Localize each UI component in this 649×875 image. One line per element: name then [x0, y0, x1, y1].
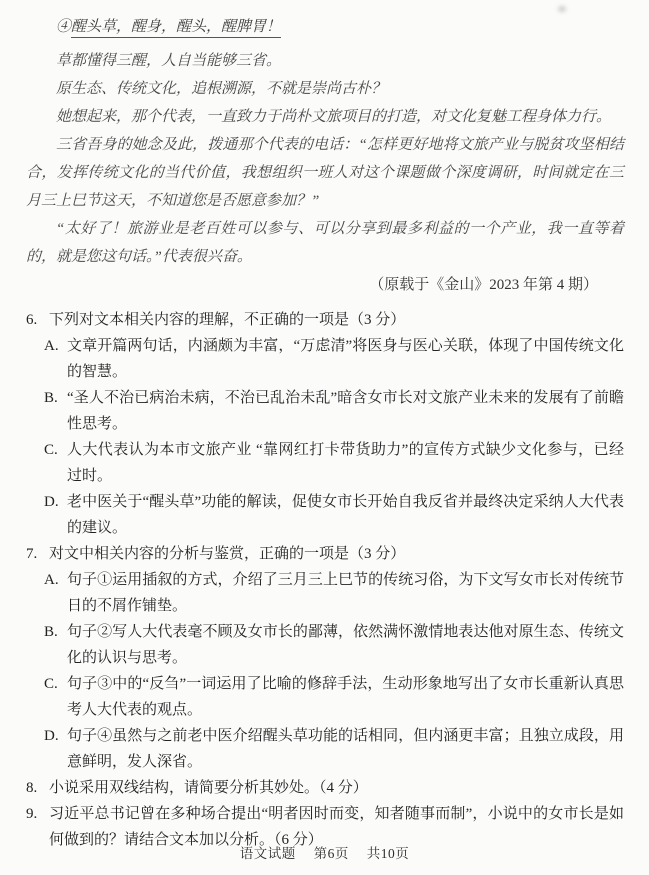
question-8: 8. 小说采用双线结构，请简要分析其妙处。（4 分）	[26, 775, 624, 801]
footer-total-pages: 共10页	[367, 846, 410, 861]
option-text: 人大代表认为本市文旅产业 “靠网红打卡带货助力”的宣传方式缺少文化参与，已经过时…	[67, 437, 624, 489]
story-paragraph: “太好了！旅游业是老百姓可以参与、可以分享到最多利益的一个产业，我一直等着的，就…	[26, 215, 624, 271]
story-highlight-line: ④醒头草，醒身，醒头，醒脾胃！	[26, 13, 624, 41]
option-label: C.	[44, 437, 67, 463]
option-label: D.	[44, 489, 67, 515]
question-number: 6.	[26, 307, 49, 333]
exam-page: ④醒头草，醒身，醒头，醒脾胃！ 草都懂得三醒，人自当能够三省。 原生态、传统文化…	[0, 0, 649, 875]
story-paragraph: 草都懂得三醒，人自当能够三省。	[26, 47, 624, 75]
question-stem: 小说采用双线结构，请简要分析其妙处。（4 分）	[49, 775, 624, 801]
option-label: B.	[44, 619, 67, 645]
option-label: A.	[44, 567, 67, 593]
option-text: 文章开篇两句话，内涵颇为丰富，“万虑清”将医身与医心关联，体现了中国传统文化的智…	[67, 333, 624, 385]
story-section: ④醒头草，醒身，醒头，醒脾胃！ 草都懂得三醒，人自当能够三省。 原生态、传统文化…	[26, 13, 624, 299]
option-text: “圣人不治已病治未病，不治已乱治未乱”暗含女市长对文旅产业未来的发展有了前瞻性思…	[67, 385, 624, 437]
question-7-options: A. 句子①运用插叙的方式，介绍了三月三上巳节的传统习俗，为下文写女市长对传统节…	[44, 567, 624, 775]
option-label: C.	[44, 671, 67, 697]
question-6-options: A. 文章开篇两句话，内涵颇为丰富，“万虑清”将医身与医心关联，体现了中国传统文…	[44, 333, 624, 541]
underlined-sentence: 醒头草，醒身，醒头，醒脾胃！	[71, 19, 281, 38]
story-paragraph: 三省吾身的她念及此，拨通那个代表的电话：“怎样更好地将文旅产业与脱贫攻坚相结合，…	[26, 131, 624, 215]
option-text: 句子③中的“反刍”一词运用了比喻的修辞手法，生动形象地写出了女市长重新认真思考人…	[67, 671, 624, 723]
option-label: A.	[44, 333, 67, 359]
questions-section: 6. 下列对文本相关内容的理解，不正确的一项是（3 分） A. 文章开篇两句话，…	[26, 307, 624, 853]
question-number: 7.	[26, 541, 49, 567]
question-6: 6. 下列对文本相关内容的理解，不正确的一项是（3 分）	[26, 307, 624, 333]
question-7: 7. 对文中相关内容的分析与鉴赏，正确的一项是（3 分）	[26, 541, 624, 567]
option-label: B.	[44, 385, 67, 411]
option-label: D.	[44, 723, 67, 749]
question-stem: 对文中相关内容的分析与鉴赏，正确的一项是（3 分）	[49, 541, 624, 567]
option-6a: A. 文章开篇两句话，内涵颇为丰富，“万虑清”将医身与医心关联，体现了中国传统文…	[44, 333, 624, 385]
option-7b: B. 句子②写人大代表毫不顾及女市长的鄙薄，依然满怀激情地表达他对原生态、传统文…	[44, 619, 624, 671]
question-number: 9.	[26, 801, 49, 827]
story-paragraph: 原生态、传统文化，追根溯源，不就是崇尚古朴？	[26, 75, 624, 103]
source-attribution: （原载于《金山》2023 年第 4 期）	[26, 271, 624, 299]
scan-artifact	[558, 6, 566, 12]
circled-number-marker: ④	[56, 19, 71, 35]
option-6d: D. 老中医关于“醒头草”功能的解读，促使女市长开始自我反省并最终决定采纳人大代…	[44, 489, 624, 541]
option-text: 句子①运用插叙的方式，介绍了三月三上巳节的传统习俗，为下文写女市长对传统节日的不…	[67, 567, 624, 619]
option-6b: B. “圣人不治已病治未病，不治已乱治未乱”暗含女市长对文旅产业未来的发展有了前…	[44, 385, 624, 437]
footer-page-number: 第6页	[314, 846, 349, 861]
question-stem: 下列对文本相关内容的理解，不正确的一项是（3 分）	[49, 307, 624, 333]
option-7c: C. 句子③中的“反刍”一词运用了比喻的修辞手法，生动形象地写出了女市长重新认真…	[44, 671, 624, 723]
option-text: 句子④虽然与之前老中医介绍醒头草功能的话相同，但内涵更丰富；且独立成段，用意鲜明…	[67, 723, 624, 775]
footer-exam-title: 语文试题	[240, 846, 296, 861]
option-6c: C. 人大代表认为本市文旅产业 “靠网红打卡带货助力”的宣传方式缺少文化参与，已…	[44, 437, 624, 489]
option-text: 老中医关于“醒头草”功能的解读，促使女市长开始自我反省并最终决定采纳人大代表的建…	[67, 489, 624, 541]
option-7d: D. 句子④虽然与之前老中医介绍醒头草功能的话相同，但内涵更丰富；且独立成段，用…	[44, 723, 624, 775]
page-footer: 语文试题 第6页 共10页	[0, 842, 649, 862]
question-number: 8.	[26, 775, 49, 801]
option-7a: A. 句子①运用插叙的方式，介绍了三月三上巳节的传统习俗，为下文写女市长对传统节…	[44, 567, 624, 619]
story-paragraph: 她想起来，那个代表，一直致力于尚朴文旅项目的打造，对文化复魅工程身体力行。	[26, 103, 624, 131]
option-text: 句子②写人大代表毫不顾及女市长的鄙薄，依然满怀激情地表达他对原生态、传统文化的认…	[67, 619, 624, 671]
